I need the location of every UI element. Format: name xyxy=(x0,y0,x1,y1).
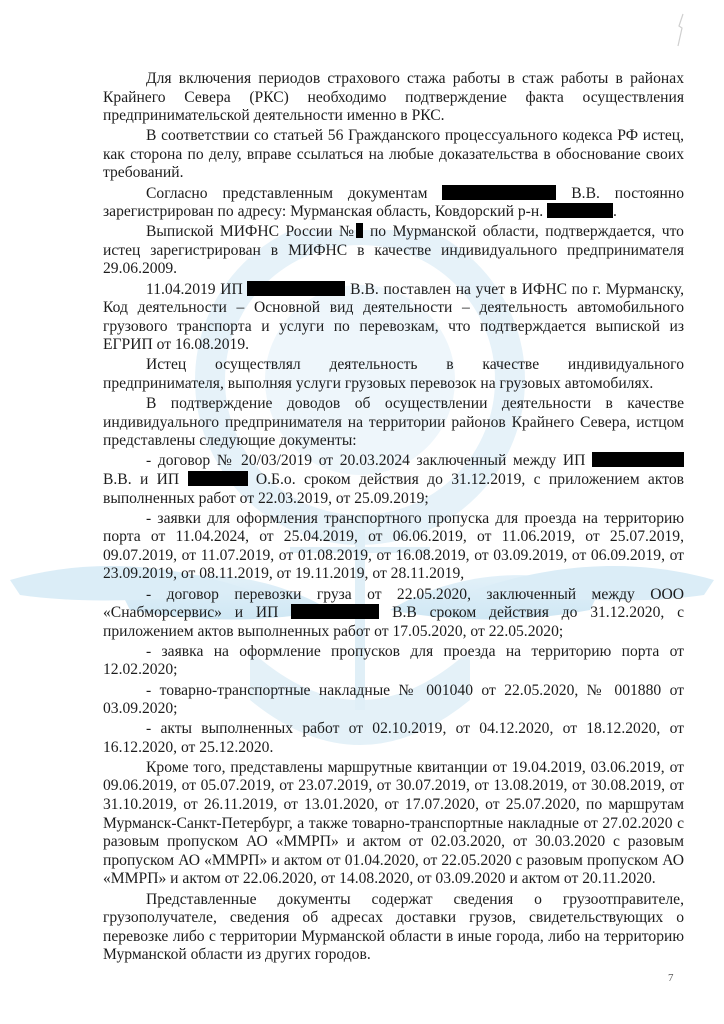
paragraph: В подтверждение доводов об осуществлении… xyxy=(103,395,684,451)
document-body: Для включения периодов страхового стажа … xyxy=(103,70,684,965)
paragraph: В соответствии со статьей 56 Гражданског… xyxy=(103,127,684,183)
redaction-block xyxy=(442,185,556,200)
paragraph: Согласно представленным документам В.В. … xyxy=(103,185,684,222)
list-item: - заявки для оформления транспортного пр… xyxy=(103,510,684,584)
paragraph: Для включения периодов страхового стажа … xyxy=(103,70,684,126)
paragraph: Представленные документы содержат сведен… xyxy=(103,891,684,965)
text-segment: В.В. и ИП xyxy=(103,471,188,488)
redaction-block xyxy=(592,452,684,467)
text-segment: Выпиской МИФНС России № xyxy=(146,223,356,240)
text-segment: - договор № 20/03/2019 от 20.03.2024 зак… xyxy=(146,452,592,469)
paragraph: Кроме того, представлены маршрутные квит… xyxy=(103,759,684,889)
list-item: - договор № 20/03/2019 от 20.03.2024 зак… xyxy=(103,452,684,508)
paragraph: 11.04.2019 ИП В.В. поставлен на учет в И… xyxy=(103,281,684,355)
text-segment: . xyxy=(613,203,617,220)
redaction-block xyxy=(291,604,379,619)
document-page: Для включения периодов страхового стажа … xyxy=(0,0,724,1024)
text-segment: Согласно представленным документам xyxy=(146,185,442,202)
paragraph: Истец осуществлял деятельность в качеств… xyxy=(103,356,684,393)
list-item: - заявка на оформление пропусков для про… xyxy=(103,643,684,680)
redaction-block xyxy=(247,281,345,296)
text-segment: 11.04.2019 ИП xyxy=(146,281,247,298)
pen-mark-icon xyxy=(676,12,686,48)
page-number: 7 xyxy=(668,972,674,984)
paragraph: Выпиской МИФНС России № по Мурманской об… xyxy=(103,223,684,279)
list-item: - товарно-транспортные накладные № 00104… xyxy=(103,682,684,719)
redaction-block xyxy=(188,471,248,486)
list-item: - акты выполненных работ от 02.10.2019, … xyxy=(103,720,684,757)
list-item: - договор перевозки груза от 22.05.2020,… xyxy=(103,586,684,642)
redaction-block xyxy=(547,203,613,218)
